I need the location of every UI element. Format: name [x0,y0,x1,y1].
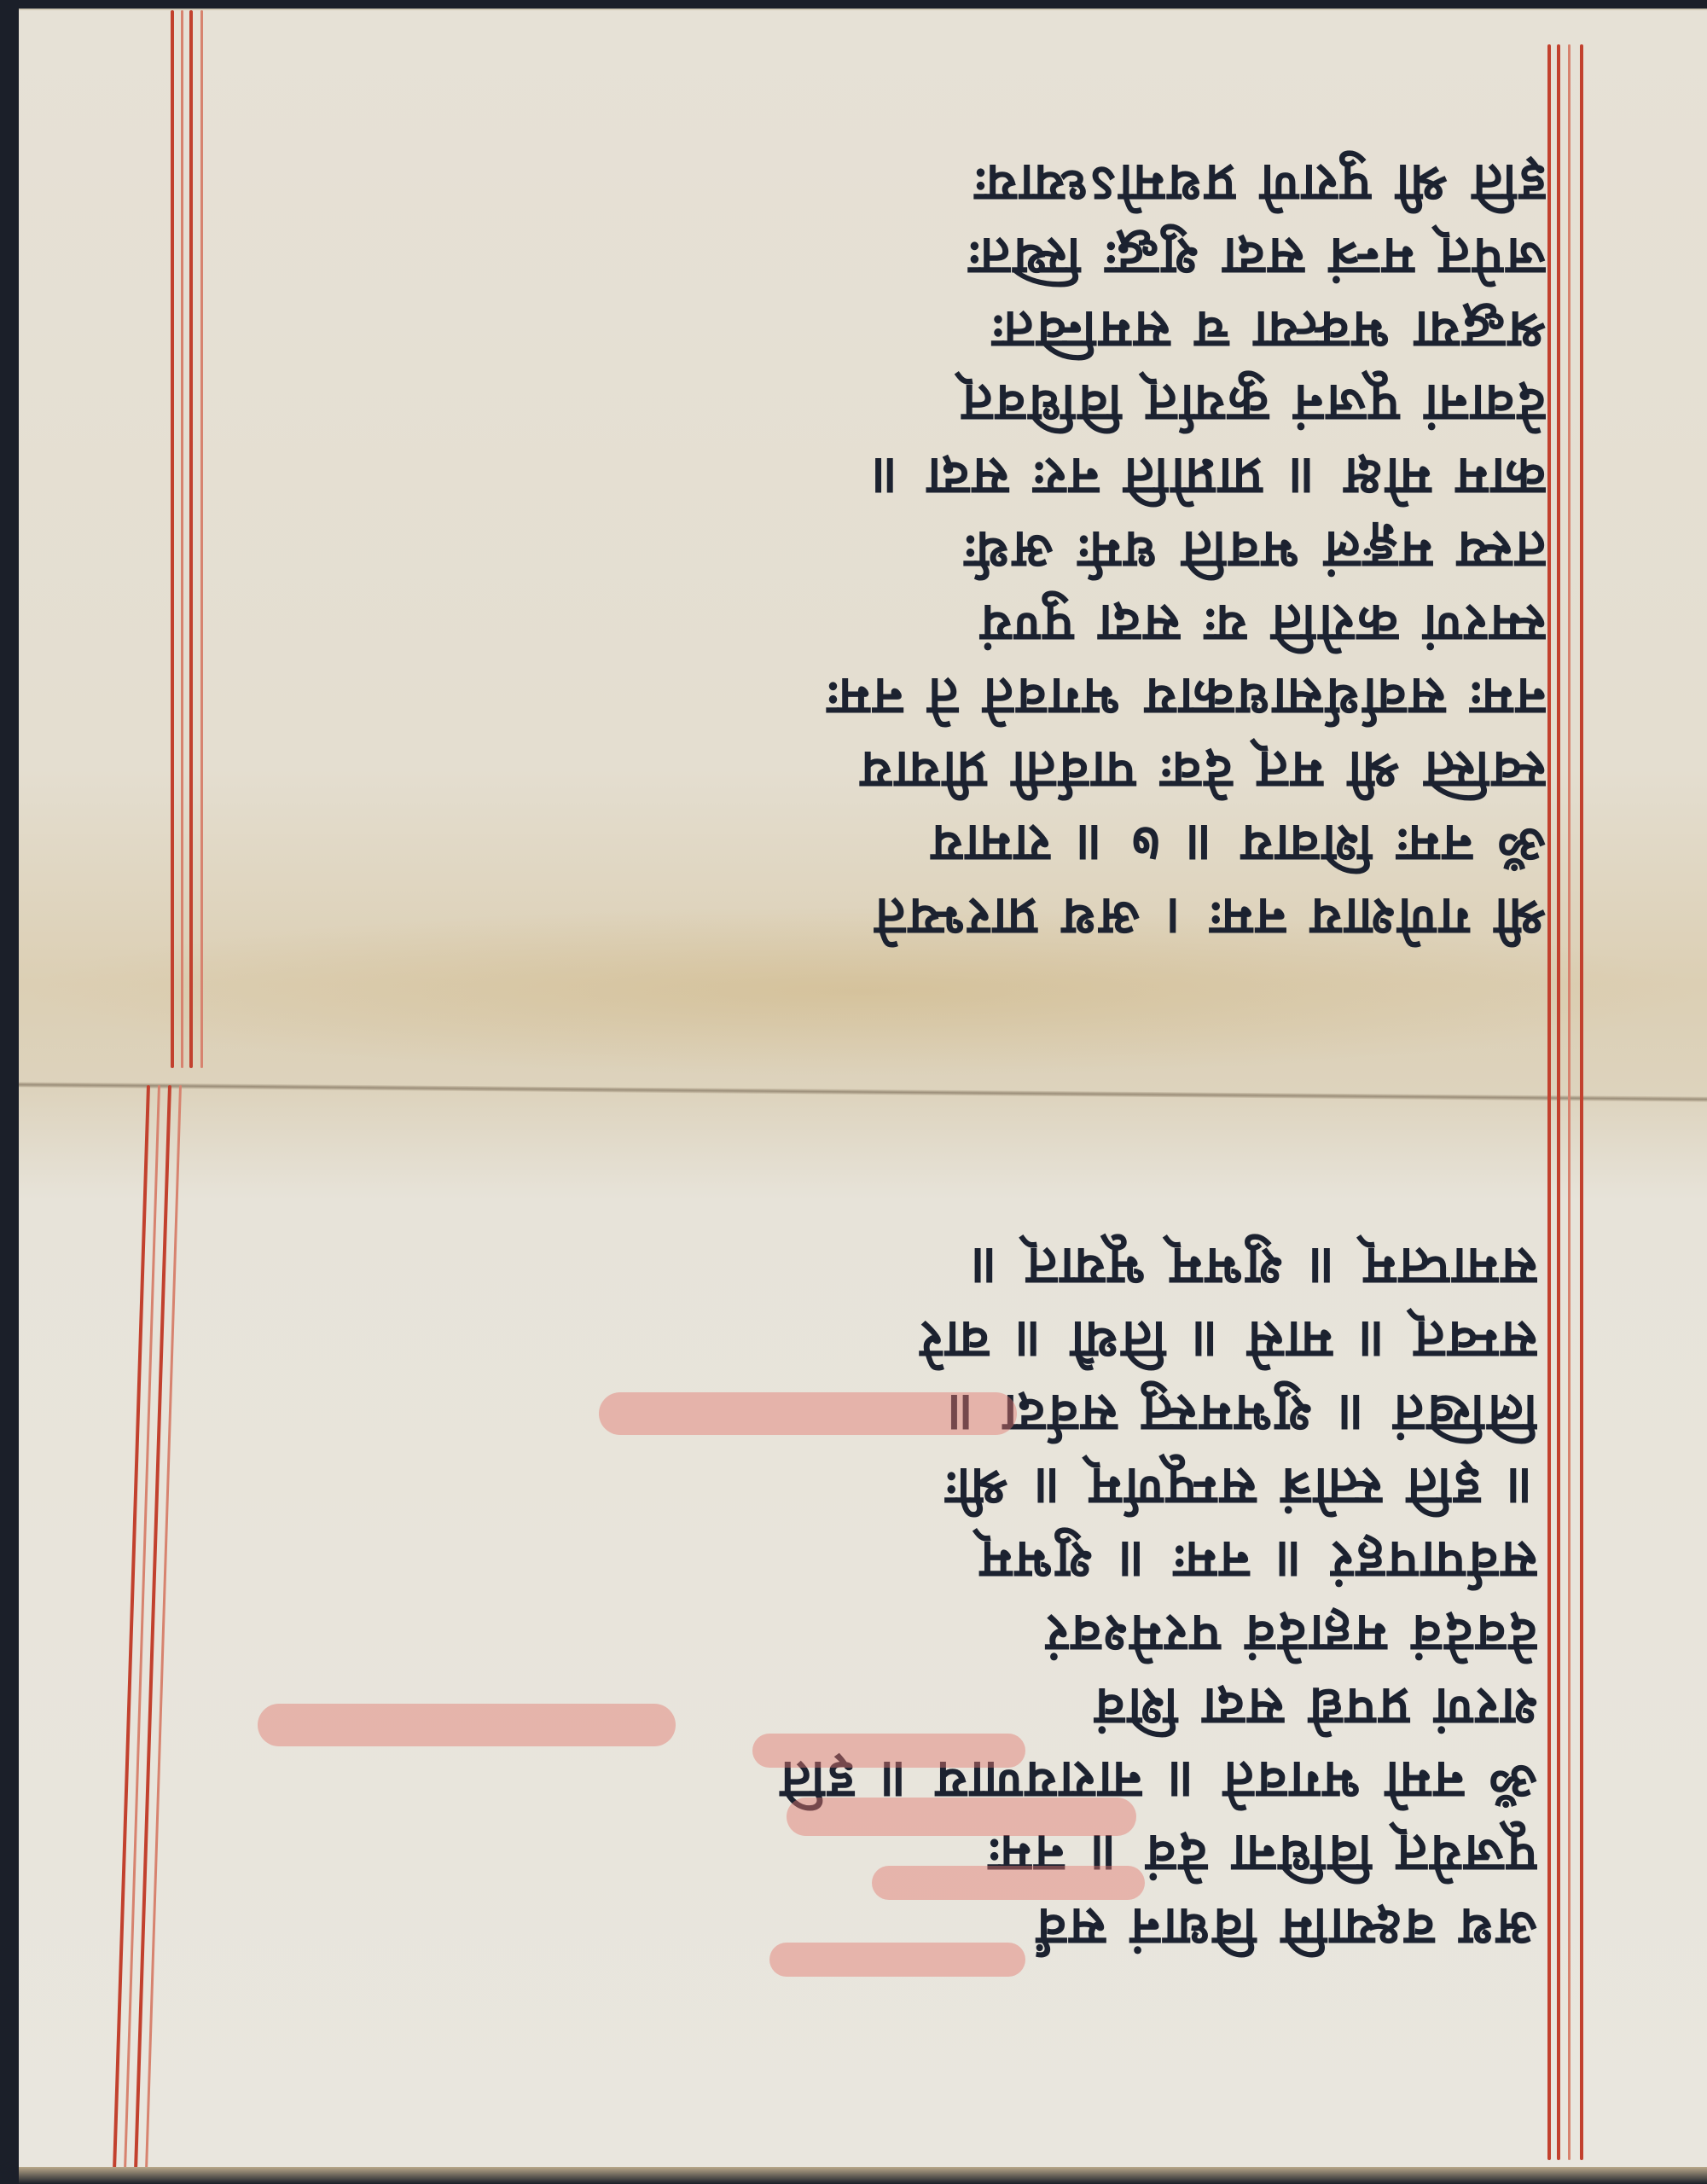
right-margin-rule [1557,44,1560,2160]
text-line: समाप्तम् ॥ शुभम् भूयात् ॥ [164,1230,1537,1304]
text-line: श्री गणेशाय नमः । अथ प्रारभ्यते [215,880,1546,954]
rubrication-mark [599,1392,1017,1435]
page-fold [19,1082,1707,1101]
right-margin-rule [1580,44,1583,2160]
rubrication-mark [752,1734,1025,1768]
text-line: ॐ नमः शिवाय ॥ ७ ॥ रामाय [215,807,1546,880]
text-line: ॥ इति स्तोत्रं सम्पूर्णम् ॥ श्रीः [164,1450,1537,1524]
text-line: जपेत् मन्त्रं सदा शुद्धः स्थितः [215,220,1546,293]
rubrication-mark [872,1866,1145,1900]
rubrication-mark [787,1798,1136,1836]
text-line: श्रद्धया भक्त्या च समन्वितः [215,293,1546,367]
text-line: स्वस्ति श्री मत् देवः पार्वती प्रीयाय [215,734,1546,807]
lower-text-panel: अथ वक्ष्यामि विधानं सर्वं पूजयेत् विधिना… [164,1230,1537,1981]
text-line: काम मोक्ष ॥ प्राप्नोति नरः सदा ॥ [215,440,1546,514]
left-margin-rule [181,10,183,1068]
rubrication-mark [258,1704,676,1746]
text-line: इति श्री पुराणे प्रथमोऽध्यायः [215,147,1546,220]
text-line: तस्य मङ्गलं भवति धर्मः अर्थः [215,514,1546,587]
upper-text-panel: श्री गणेशाय नमः । अथ प्रारभ्यते ॐ नमः शि… [215,147,1546,966]
text-line: देवदेवं महादेवं परमेश्वरं [164,1597,1537,1670]
text-line: सर्वपापहरं ॥ नमः ॥ शुभम् [164,1524,1537,1597]
text-line: सम्वत् ॥ मासे ॥ तिथौ ॥ वारे [164,1304,1537,1377]
right-margin-rule [1568,44,1571,2160]
manuscript-page: श्री गणेशाय नमः । अथ प्रारभ्यते ॐ नमः शि… [19,9,1707,2173]
page-bottom-edge [19,2167,1707,2184]
left-margin-rule [200,10,203,1068]
rubrication-mark [769,1943,1025,1977]
text-line: देवानां पूजनं कुर्यात् विधिवत् [215,367,1546,440]
left-margin-rule [171,10,174,1068]
left-margin-rule [189,10,193,1068]
text-line: नमः सर्वार्थसाधकाय भगवते ते नमः [215,660,1546,734]
right-margin-rule [1547,44,1551,2160]
text-line: स्मरणं करोति यः सदा पुण्यं [215,587,1546,660]
